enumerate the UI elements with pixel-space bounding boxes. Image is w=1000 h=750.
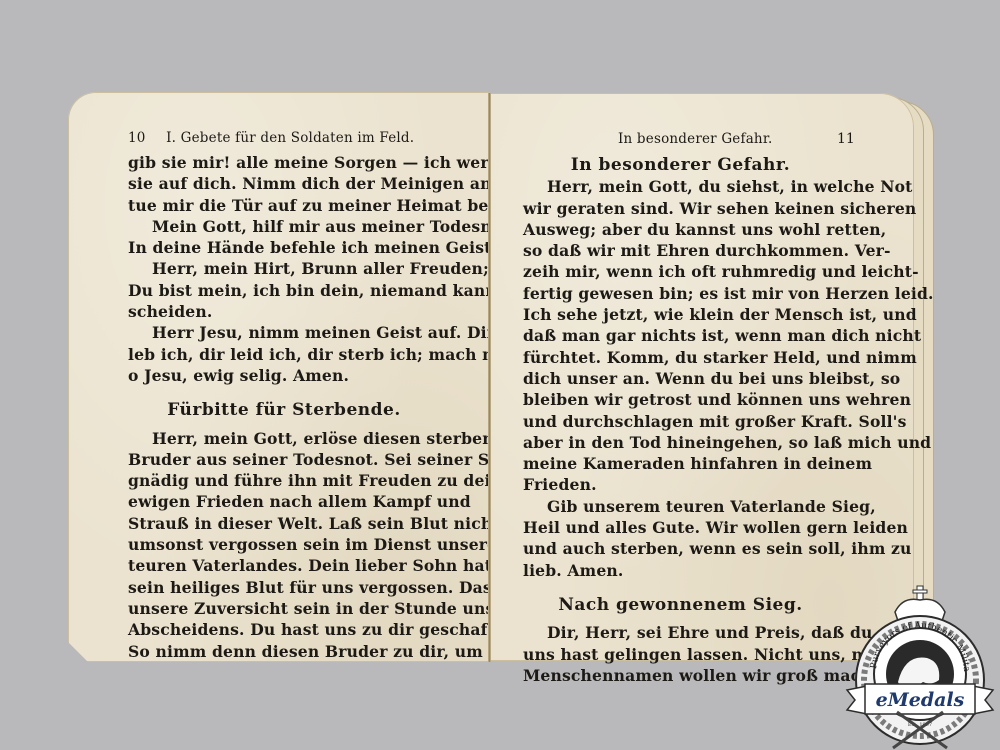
right-page-text: In besonderer Gefahr. Herr, mein Gott, d…	[523, 155, 838, 686]
text-line: Jesu Christi willen. Amen.	[128, 662, 440, 683]
text-line: gib sie mir! alle meine Sorgen — ich wer…	[128, 152, 440, 173]
text-line: lieb. Amen.	[523, 560, 838, 581]
text-line: sein heiliges Blut für uns vergossen. Da…	[128, 577, 440, 598]
text-line: scheiden.	[128, 301, 440, 322]
text-line: Heil und alles Gute. Wir wollen gern lei…	[523, 517, 838, 538]
text-line: so daß wir mit Ehren durchkommen. Ver-	[523, 240, 838, 261]
text-line: unsere Zuversicht sein in der Stunde uns…	[128, 598, 440, 619]
badge-brand-text: eMedals	[876, 689, 965, 711]
running-head-title-right: In besonderer Gefahr.	[618, 131, 773, 147]
text-line: So nimm denn diesen Bruder zu dir, um	[128, 641, 440, 662]
left-running-head: 10 I. Gebete für den Soldaten im Feld.	[128, 130, 414, 146]
text-line: Gib unserem teuren Vaterlande Sieg,	[523, 496, 838, 517]
text-line: dich unser an. Wenn du bei uns bleibst, …	[523, 368, 838, 389]
text-line: Ich sehe jetzt, wie klein der Mensch ist…	[523, 304, 838, 325]
text-line: tue mir die Tür auf zu meiner Heimat bei…	[128, 195, 440, 216]
text-line: Mein Gott, hilf mir aus meiner Todesnot.	[128, 216, 440, 237]
left-page: 10 I. Gebete für den Soldaten im Feld. g…	[68, 92, 490, 662]
page-number-left: 10	[128, 130, 146, 146]
text-line: sie auf dich. Nimm dich der Meinigen an …	[128, 173, 440, 194]
text-line: ewigen Frieden nach allem Kampf und	[128, 491, 440, 512]
text-line: leb ich, dir leid ich, dir sterb ich; ma…	[128, 344, 440, 365]
text-line: Herr, mein Hirt, Brunn aller Freuden;	[128, 258, 440, 279]
text-line: bleiben wir getrost und können uns wehre…	[523, 389, 838, 410]
text-line: gnädig und führe ihn mit Freuden zu dein…	[128, 470, 440, 491]
text-line: Menschennamen wollen wir groß machen,	[523, 665, 838, 686]
text-line: fertig gewesen bin; es ist mir von Herze…	[523, 283, 838, 304]
text-line: o Jesu, ewig selig. Amen.	[128, 365, 440, 386]
text-line: Du bist mein, ich bin dein, niemand kann…	[128, 280, 440, 301]
text-line: In deine Hände befehle ich meinen Geist.	[128, 237, 440, 258]
right-page: In besonderer Gefahr. 11 In besonderer G…	[490, 93, 914, 661]
text-line: und durchschlagen mit großer Kraft. Soll…	[523, 411, 838, 432]
text-line: Abscheidens. Du hast uns zu dir geschaff…	[128, 619, 440, 640]
text-line: Bruder aus seiner Todesnot. Sei seiner S…	[128, 449, 440, 470]
text-line: Frieden.	[523, 474, 838, 495]
running-head-title-left: I. Gebete für den Soldaten im Feld.	[166, 130, 414, 146]
section-heading: Nach gewonnenem Sieg.	[523, 595, 838, 616]
text-line: Herr, mein Gott, du siehst, in welche No…	[523, 176, 838, 197]
text-line: wir geraten sind. Wir sehen keinen siche…	[523, 198, 838, 219]
section-heading: Fürbitte für Sterbende.	[128, 400, 440, 421]
text-line: daß man gar nichts ist, wenn man dich ni…	[523, 325, 838, 346]
text-line: zeih mir, wenn ich oft ruhmredig und lei…	[523, 261, 838, 282]
emedals-badge-icon: Purveyors of Authentic Militaria eMedals…	[843, 582, 997, 750]
text-line: und auch sterben, wenn es sein soll, ihm…	[523, 538, 838, 559]
emedals-watermark: Purveyors of Authentic Militaria eMedals…	[843, 582, 997, 750]
text-line: Strauß in dieser Welt. Laß sein Blut nic…	[128, 513, 440, 534]
text-line: uns hast gelingen lassen. Nicht uns, nic…	[523, 644, 838, 665]
book-gutter	[488, 93, 491, 662]
text-line: teuren Vaterlandes. Dein lieber Sohn hat	[128, 555, 440, 576]
text-line: Herr, mein Gott, erlöse diesen sterbende…	[128, 428, 440, 449]
text-line: Ausweg; aber du kannst uns wohl retten,	[523, 219, 838, 240]
text-line: meine Kameraden hinfahren in deinem	[523, 453, 838, 474]
text-line: aber in den Tod hineingehen, so laß mich…	[523, 432, 838, 453]
text-line: fürchtet. Komm, du starker Held, und nim…	[523, 347, 838, 368]
section-heading: In besonderer Gefahr.	[523, 155, 838, 176]
left-page-text: gib sie mir! alle meine Sorgen — ich wer…	[128, 152, 440, 683]
text-line: Dir, Herr, sei Ehre und Preis, daß du es	[523, 622, 838, 643]
page-number-right: 11	[837, 131, 855, 147]
text-line: umsonst vergossen sein im Dienst unseres	[128, 534, 440, 555]
text-line: Herr Jesu, nimm meinen Geist auf. Dir	[128, 322, 440, 343]
